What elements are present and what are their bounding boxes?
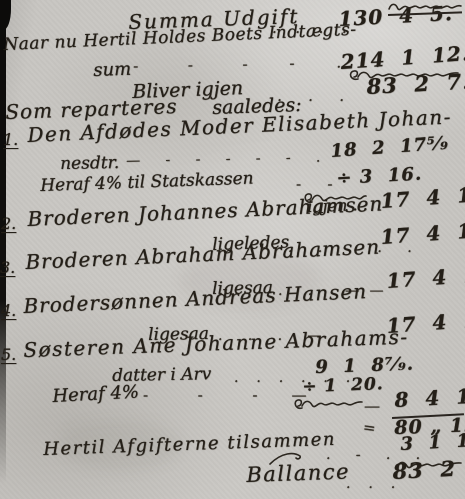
item-4-number: 4. xyxy=(1,303,16,319)
indtaegt-line-2: sum xyxy=(93,61,132,80)
item-5-number: 5. xyxy=(1,347,16,363)
item-1-net-amount: 17 4 1⁵⁄₉ xyxy=(380,183,465,211)
item-3-text: Broderen Abraham Abrahamsen xyxy=(25,237,380,272)
book-gutter-shadow xyxy=(0,0,6,499)
dash-leader: - - xyxy=(296,177,335,192)
item-1-amount: 18 2 17⁵⁄₉ xyxy=(330,135,449,161)
dash-leader: - - - — xyxy=(143,388,310,403)
item-2-text: Broderen Johannes Abrahamsen xyxy=(27,193,384,229)
ballance-amount: 83 2 7. xyxy=(392,456,465,482)
dash-leader: — - - - - - . xyxy=(126,151,323,168)
item-4-text: Brodersønnen Andreas Hansen xyxy=(23,281,367,316)
document-scan: Summa Udgift . . . . 130 4 5. Naar nu He… xyxy=(0,0,465,499)
item-3-number: 3. xyxy=(0,260,15,276)
item-5-net-amount: 8 4 12⁷⁄₉. xyxy=(394,384,465,410)
item-5-amount: 9 1 8⁷⁄₉. xyxy=(315,356,414,377)
item-1-text-cont: nesdtr. xyxy=(60,155,119,173)
dash-mark: — xyxy=(364,398,383,414)
item-2-amount: 17 4 1⁵⁄₉ xyxy=(380,219,465,247)
item-5-tax-amount: ÷ 1 20. xyxy=(302,376,384,396)
dot-leader: . . . xyxy=(346,477,398,491)
item-2-number: 2. xyxy=(1,216,16,232)
item-1-tax-label: Heraf 4% til Statskassen xyxy=(40,171,254,195)
item-1-number: 1. xyxy=(3,132,18,148)
ballance-label: Ballance xyxy=(246,461,350,486)
ink-blot xyxy=(0,0,11,30)
item-1-tax-amount: ÷ 3 16. xyxy=(336,166,423,188)
afgifter-amount: 3 1 12 xyxy=(400,432,465,454)
indtaegt-line-1: Naar nu Hertil Holdes Boets Indtægts- xyxy=(3,22,357,54)
sum-squiggle xyxy=(388,1,462,12)
sum-squiggle xyxy=(293,397,363,410)
item-5-tax-label: Heraf 4% xyxy=(52,383,139,406)
item-3-amount: 17 4 1⁵⁄₉. xyxy=(386,262,465,291)
equals-mark: = xyxy=(362,420,380,437)
bliver-igjen-amount: 83 2 7. xyxy=(366,71,465,97)
